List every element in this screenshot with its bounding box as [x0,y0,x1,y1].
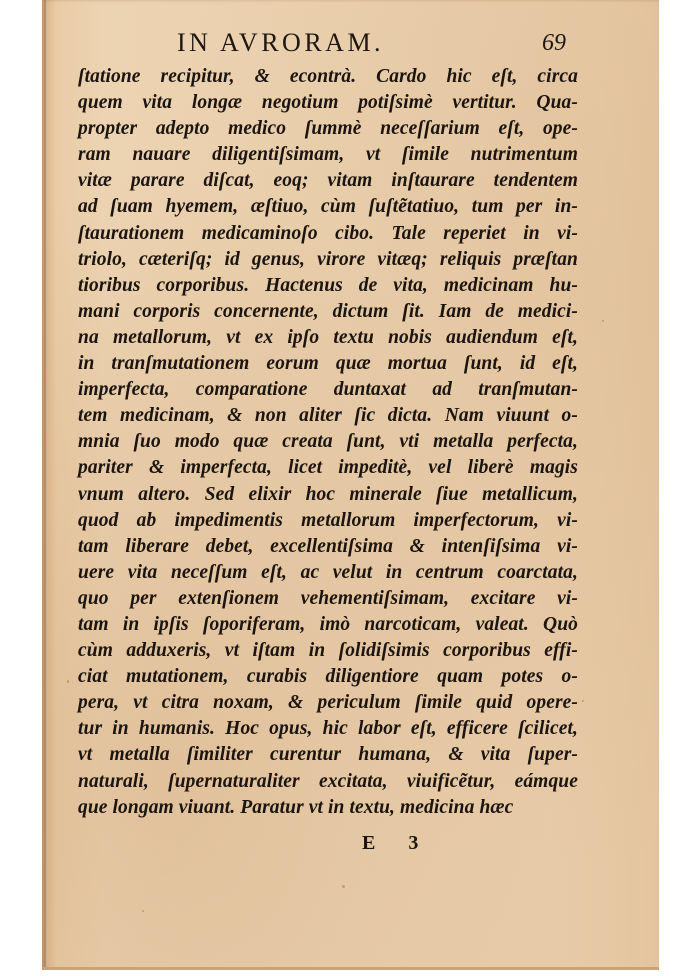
text-line: tam in ipſis ſoporiferam, imò narcoticam… [78,612,578,638]
book-page: IN AVRORAM. 69 ſtatione recipitur, & eco… [42,0,659,970]
text-line: tur in humanis. Hoc opus, hic labor eſt,… [78,716,578,742]
text-line: in tranſmutationem eorum quæ mortua ſunt… [78,351,578,377]
text-line: triolo, cæteriſq; id genus, virore vitæq… [78,247,578,273]
signature-mark: E 3 [362,832,432,855]
text-line: quem vita longæ negotium potiſsimè verti… [78,90,578,116]
text-line: na metallorum, vt ex ipſo textu nobis au… [78,325,578,351]
text-line: imperfecta, comparatione duntaxat ad tra… [78,377,578,403]
text-line: vt metalla ſimiliter curentur humana, & … [78,742,578,768]
paper-speck [582,700,584,702]
text-line: pariter & imperfecta, licet impeditè, ve… [78,455,578,481]
text-line: uere vita neceſſum eſt, ac velut in cent… [78,560,578,586]
text-line: vnum altero. Sed elixir hoc minerale ſiu… [78,482,578,508]
text-line: vitæ parare diſcat, eoq; vitam inſtaurar… [78,168,578,194]
text-line: propter adepto medico ſummè neceſſarium … [78,116,578,142]
text-line: quo per extenſionem vehementiſsimam, exc… [78,586,578,612]
text-line: ciat mutationem, curabis diligentiore qu… [78,664,578,690]
text-line: pera, vt citra noxam, & periculum ſimile… [78,690,578,716]
page-number: 69 [542,30,566,57]
paper-speck [602,320,604,322]
running-title: IN AVRORAM. [177,28,384,58]
text-line: ram nauare diligentiſsimam, vt ſimile nu… [78,142,578,168]
text-line: tioribus corporibus. Hactenus de vita, m… [78,273,578,299]
text-line: naturali, ſupernaturaliter excitata, viu… [78,769,578,795]
paper-speck [142,910,144,912]
paper-speck [342,885,345,888]
text-line: tem medicinam, & non aliter ſic dicta. N… [78,403,578,429]
text-line: que longam viuant. Paratur vt in textu, … [78,795,578,821]
text-line: mnia ſuo modo quæ creata ſunt, vti metal… [78,429,578,455]
text-line: quod ab impedimentis metallorum imperfec… [78,508,578,534]
text-line: tam liberare debet, excellentiſsima & in… [78,534,578,560]
paper-speck [67,680,69,683]
text-line: mani corporis concernente, dictum ſit. I… [78,299,578,325]
body-text: ſtatione recipitur, & econtrà. Cardo hic… [78,64,578,821]
text-line: cùm adduxeris, vt iſtam in ſolidiſsimis … [78,638,578,664]
running-header: IN AVRORAM. 69 [42,24,659,64]
text-line: ad ſuam hyemem, æſtiuo, cùm ſuſtẽtatiuo,… [78,194,578,220]
text-line: ſtatione recipitur, & econtrà. Cardo hic… [78,64,578,90]
page-gutter-edge [44,0,46,970]
text-line: ſtaurationem medicaminoſo cibo. Tale rep… [78,221,578,247]
